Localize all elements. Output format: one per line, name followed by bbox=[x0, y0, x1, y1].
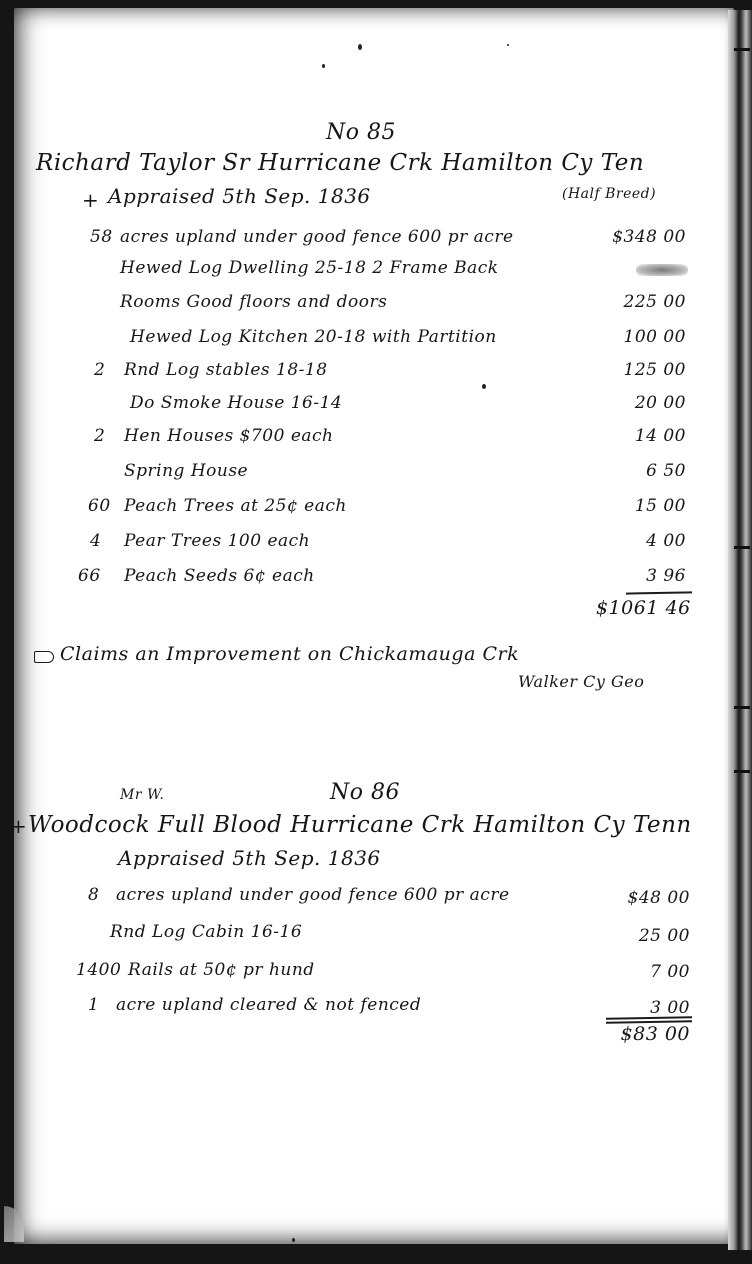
item-desc: Rails at 50¢ pr hund bbox=[128, 960, 315, 980]
item-qty: 8 bbox=[88, 885, 99, 905]
item-amount: 125 00 bbox=[596, 360, 686, 380]
item-qty: 1 bbox=[88, 995, 99, 1015]
item-amount: 7 00 bbox=[600, 962, 690, 982]
entry-total: $83 00 bbox=[600, 1023, 690, 1045]
entry-number: No 85 bbox=[326, 120, 396, 145]
item-qty: 66 bbox=[78, 566, 101, 586]
entry-number: No 86 bbox=[330, 780, 400, 805]
item-amount: 225 00 bbox=[596, 292, 686, 312]
item-desc: Hen Houses $700 each bbox=[124, 426, 334, 446]
item-amount: 6 50 bbox=[596, 461, 686, 481]
item-desc: Do Smoke House 16-14 bbox=[130, 393, 342, 413]
smudged-amount bbox=[636, 264, 688, 276]
item-amount: 3 96 bbox=[596, 566, 686, 586]
item-amount: $48 00 bbox=[600, 888, 690, 908]
item-desc: acres upland under good fence 600 pr acr… bbox=[120, 227, 514, 247]
margin-cross-mark: + bbox=[82, 188, 99, 212]
entry-total: $1061 46 bbox=[596, 597, 686, 619]
item-desc: Pear Trees 100 each bbox=[124, 531, 310, 551]
item-amount: 15 00 bbox=[596, 496, 686, 516]
item-qty: 60 bbox=[88, 496, 111, 516]
item-desc: acres upland under good fence 600 pr acr… bbox=[116, 885, 510, 905]
item-amount: $348 00 bbox=[596, 227, 686, 247]
item-desc: Spring House bbox=[124, 461, 248, 481]
item-qty: 1400 bbox=[76, 960, 121, 980]
ink-speck bbox=[507, 44, 509, 46]
item-amount: 4 00 bbox=[596, 531, 686, 551]
ink-speck bbox=[292, 1238, 295, 1242]
claim-note: Claims an Improvement on Chickamauga Crk bbox=[60, 643, 519, 665]
item-desc: Rnd Log Cabin 16-16 bbox=[110, 922, 302, 942]
page-binding bbox=[728, 10, 752, 1250]
item-amount: 20 00 bbox=[596, 393, 686, 413]
item-amount: 100 00 bbox=[596, 327, 686, 347]
heritage-annotation: (Half Breed) bbox=[562, 186, 656, 202]
item-desc: Hewed Log Dwelling 25-18 2 Frame Back bbox=[120, 258, 499, 278]
item-amount: 3 00 bbox=[600, 998, 690, 1018]
binding-stitch bbox=[734, 770, 750, 773]
entry-prefix: Mr W. bbox=[120, 787, 164, 803]
ink-speck bbox=[482, 384, 486, 389]
binding-stitch bbox=[734, 546, 750, 549]
claim-location: Walker Cy Geo bbox=[518, 672, 644, 691]
item-desc: Peach Seeds 6¢ each bbox=[124, 566, 315, 586]
item-qty: 2 bbox=[94, 360, 105, 380]
ink-speck bbox=[322, 64, 325, 68]
margin-cross-mark: + bbox=[10, 814, 27, 838]
entry-heading: Woodcock Full Blood Hurricane Crk Hamilt… bbox=[28, 812, 692, 838]
binding-stitch bbox=[734, 48, 750, 51]
item-desc: Rnd Log stables 18-18 bbox=[124, 360, 328, 380]
appraisal-date: Appraised 5th Sep. 1836 bbox=[108, 184, 371, 208]
item-desc: Hewed Log Kitchen 20-18 with Partition bbox=[130, 327, 497, 347]
item-qty: 58 bbox=[90, 227, 113, 247]
item-amount: 25 00 bbox=[600, 926, 690, 946]
appraisal-date: Appraised 5th Sep. 1836 bbox=[118, 846, 381, 870]
item-amount: 14 00 bbox=[596, 426, 686, 446]
item-desc: Peach Trees at 25¢ each bbox=[124, 496, 347, 516]
item-qty: 2 bbox=[94, 426, 105, 446]
entry-heading: Richard Taylor Sr Hurricane Crk Hamilton… bbox=[36, 150, 644, 176]
ink-speck bbox=[358, 44, 362, 50]
item-desc: acre upland cleared & not fenced bbox=[116, 995, 421, 1015]
item-qty: 4 bbox=[90, 531, 101, 551]
item-desc: Rooms Good floors and doors bbox=[120, 292, 387, 312]
pointing-hand-icon bbox=[34, 651, 54, 663]
binding-stitch bbox=[734, 706, 750, 709]
